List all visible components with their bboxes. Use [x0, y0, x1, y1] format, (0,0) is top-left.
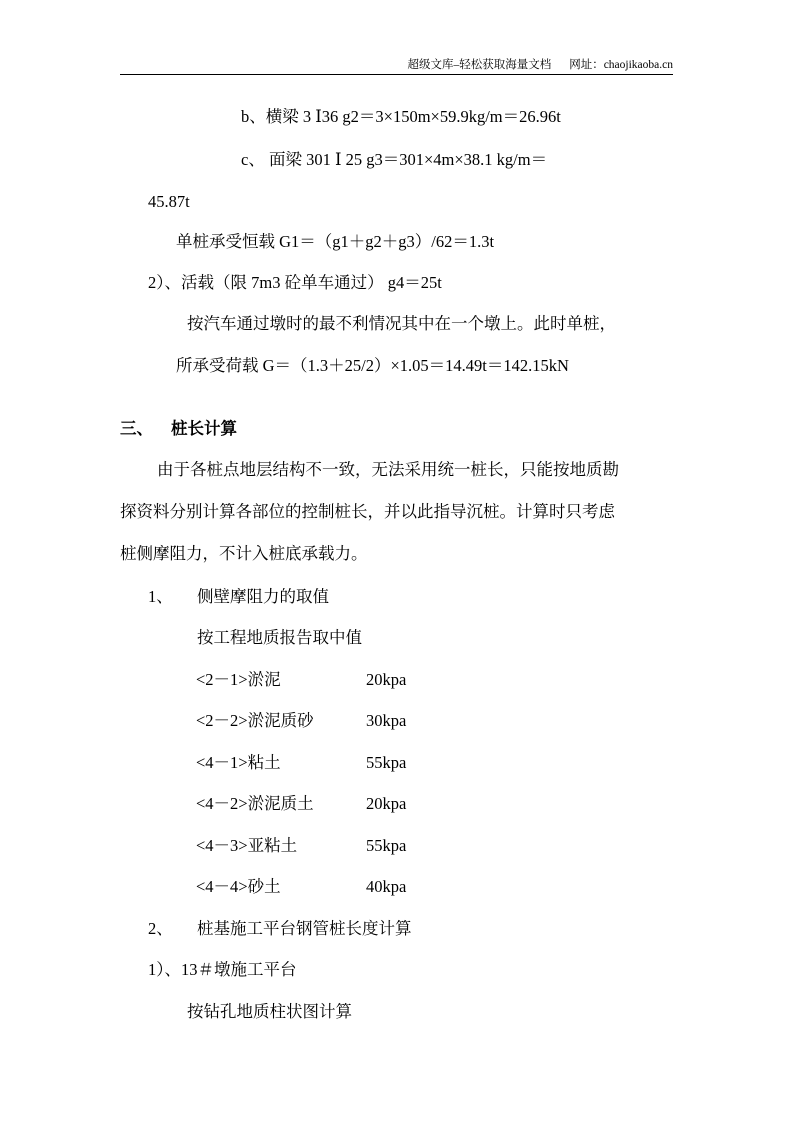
section-title: 桩长计算 [171, 419, 237, 438]
soil-layer-value: 30kpa [366, 710, 406, 732]
soil-layer-name: <4－4>砂土 [196, 876, 281, 898]
item2-number: 2、 [148, 918, 173, 940]
soil-layer-name: <2－1>淤泥 [196, 669, 281, 691]
soil-layer-value: 40kpa [366, 876, 406, 898]
section-number: 三、 [120, 419, 153, 438]
line-crossbeam: b、横梁 3 Ⅰ36 g2＝3×150m×59.9kg/m＝26.96t [241, 106, 561, 128]
soil-layer-value: 55kpa [366, 752, 406, 774]
header-text: 超级文库–轻松获取海量文档网址：chaojikaoba.cn [407, 56, 673, 72]
paragraph-line-1: 由于各桩点地层结构不一致，无法采用统一桩长，只能按地质勘 [157, 459, 619, 481]
line-deck-beam-cont: 45.87t [148, 191, 190, 213]
header-url: 网址：chaojikaoba.cn [569, 59, 673, 71]
item2-title: 桩基施工平台钢管桩长度计算 [197, 918, 412, 940]
soil-layer-value: 55kpa [366, 835, 406, 857]
sub1-desc: 按钻孔地质柱状图计算 [187, 1001, 352, 1023]
line-live-load-calc: 所承受荷载 G＝（1.3＋25/2）×1.05＝14.49t＝142.15kN [176, 355, 569, 377]
header-site-name: 超级文库–轻松获取海量文档 [407, 59, 551, 71]
line-dead-load: 单桩承受恒载 G1＝（g1＋g2＋g3）/62＝1.3t [176, 231, 494, 253]
soil-layer-name: <4－2>淤泥质土 [196, 793, 314, 815]
sub1-title: 1）、13＃墩施工平台 [148, 959, 297, 981]
page-header: 超级文库–轻松获取海量文档网址：chaojikaoba.cn [120, 52, 673, 75]
paragraph-line-3: 桩侧摩阻力，不计入桩底承载力。 [120, 543, 368, 565]
item1-desc: 按工程地质报告取中值 [197, 627, 362, 649]
paragraph-line-2: 探资料分别计算各部位的控制桩长，并以此指导沉桩。计算时只考虑 [120, 501, 615, 523]
soil-layer-name: <4－1>粘土 [196, 752, 281, 774]
soil-layer-value: 20kpa [366, 793, 406, 815]
line-live-load: 2）、活载（限 7m3 砼单车通过） g4＝25t [148, 272, 442, 294]
line-deck-beam: c、 面梁 301 Ⅰ 25 g3＝301×4m×38.1 kg/m＝ [241, 149, 547, 171]
item1-number: 1、 [148, 586, 173, 608]
soil-layer-name: <2－2>淤泥质砂 [196, 710, 314, 732]
line-live-load-desc: 按汽车通过墩时的最不利情况其中在一个墩上。此时单桩， [187, 313, 616, 335]
soil-layer-value: 20kpa [366, 669, 406, 691]
section-heading: 三、桩长计算 [120, 418, 237, 440]
soil-layer-name: <4－3>亚粘土 [196, 835, 297, 857]
item1-title: 侧壁摩阻力的取值 [197, 586, 329, 608]
